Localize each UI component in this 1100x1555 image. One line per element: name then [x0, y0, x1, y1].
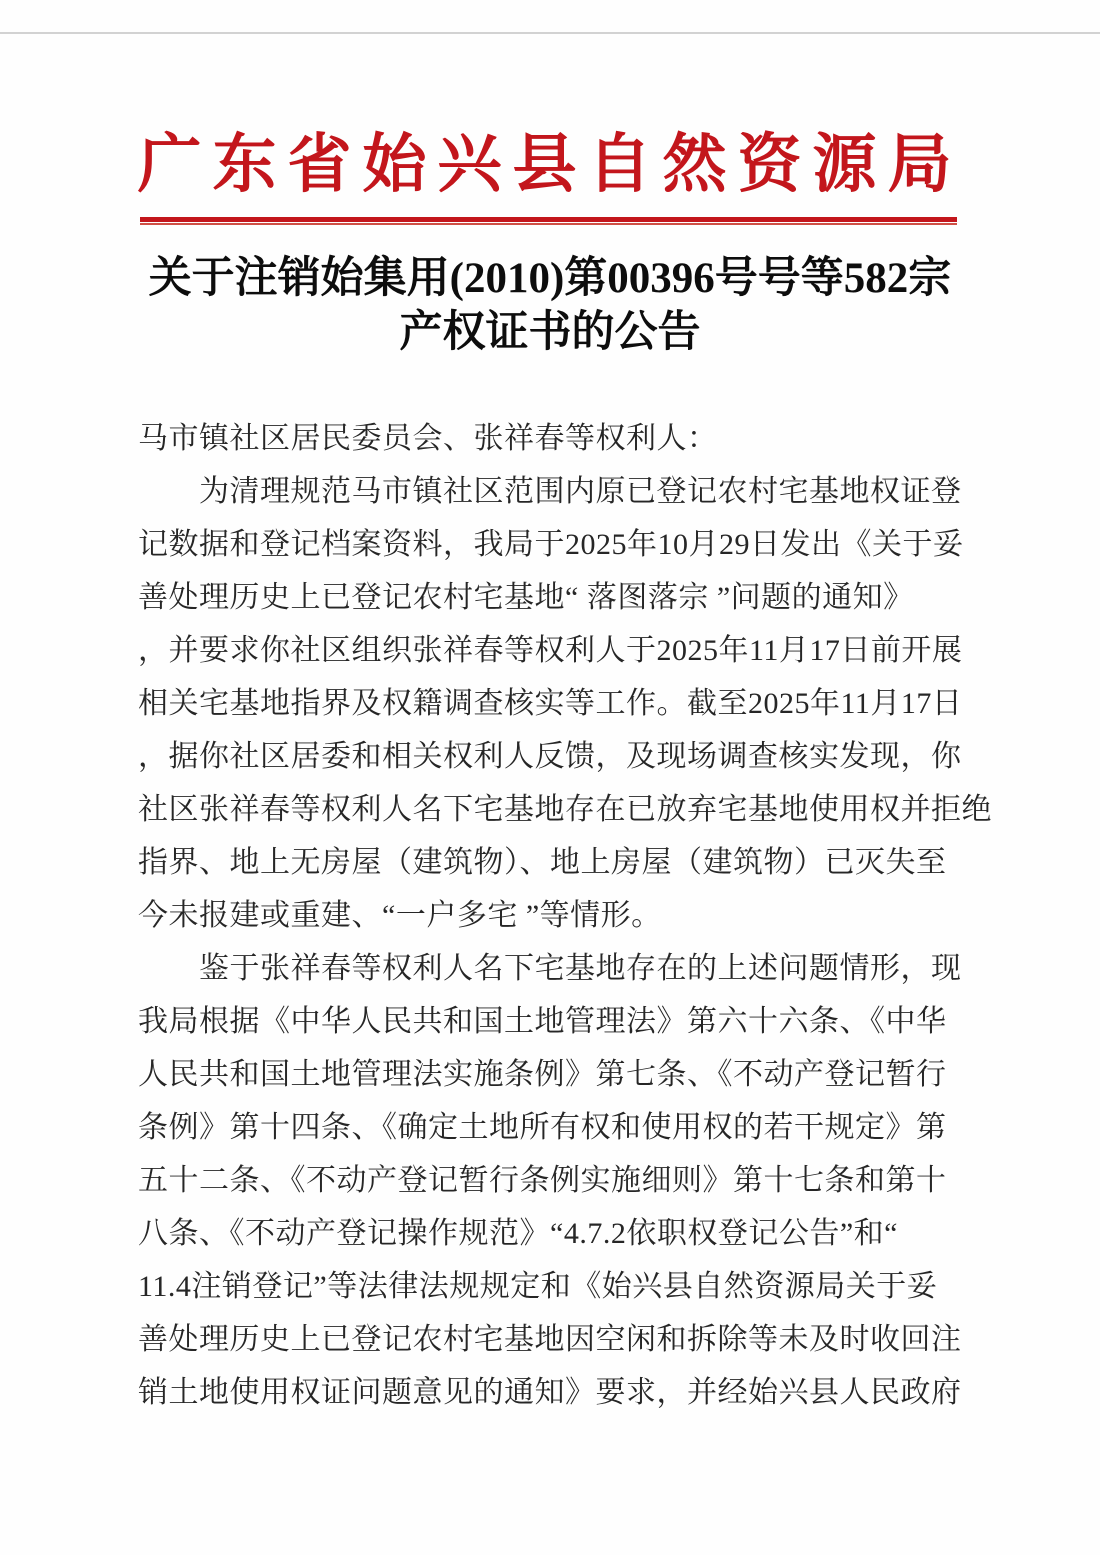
body-line: 11.4注销登记”等法律法规规定和《始兴县自然资源局关于妥: [138, 1260, 978, 1313]
document-title: 关于注销始集用(2010)第00396号号等582宗 产权证书的公告: [0, 252, 1100, 360]
document-body: 马市镇社区居民委员会、张祥春等权利人： 为清理规范马市镇社区范围内原已登记农村宅…: [138, 412, 978, 1419]
letterhead-divider-thick-bar: [140, 217, 957, 222]
body-line: 指界、地上无房屋（建筑物）、地上房屋（建筑物）已灭失至: [138, 836, 978, 889]
body-line: 销土地使用权证问题意见的通知》要求，并经始兴县人民政府: [138, 1366, 978, 1419]
document-title-line-2: 产权证书的公告: [0, 306, 1100, 360]
body-line: 为清理规范马市镇社区范围内原已登记农村宅基地权证登: [138, 465, 978, 518]
body-line: 八条、《不动产登记操作规范》“4.7.2依职权登记公告”和“: [138, 1207, 978, 1260]
letterhead-agency-title: 广东省始兴县自然资源局: [0, 126, 1100, 204]
body-line: 社区张祥春等权利人名下宅基地存在已放弃宅基地使用权并拒绝: [138, 783, 978, 836]
body-line: 记数据和登记档案资料，我局于2025年10月29日发出《关于妥: [138, 518, 978, 571]
letterhead-divider-thin-bar: [140, 223, 957, 225]
body-line: 五十二条、《不动产登记暂行条例实施细则》第十七条和第十: [138, 1154, 978, 1207]
document-title-line-1: 关于注销始集用(2010)第00396号号等582宗: [0, 252, 1100, 306]
scanned-announcement-page: 广东省始兴县自然资源局 关于注销始集用(2010)第00396号号等582宗 产…: [0, 0, 1100, 1555]
letterhead-divider: [140, 217, 957, 225]
salutation-line: 马市镇社区居民委员会、张祥春等权利人：: [138, 412, 978, 465]
scan-artifact-line: [0, 32, 1100, 34]
body-line: 鉴于张祥春等权利人名下宅基地存在的上述问题情形，现: [138, 942, 978, 995]
body-line: ，据你社区居委和相关权利人反馈，及现场调查核实发现，你: [138, 730, 978, 783]
body-line: 今未报建或重建、“一户多宅 ”等情形。: [138, 889, 978, 942]
body-line: 善处理历史上已登记农村宅基地“ 落图落宗 ”问题的通知》: [138, 571, 978, 624]
body-line: 人民共和国土地管理法实施条例》第七条、《不动产登记暂行: [138, 1048, 978, 1101]
body-line: ，并要求你社区组织张祥春等权利人于2025年11月17日前开展: [138, 624, 978, 677]
body-line: 条例》第十四条、《确定土地所有权和使用权的若干规定》第: [138, 1101, 978, 1154]
body-line: 我局根据《中华人民共和国土地管理法》第六十六条、《中华: [138, 995, 978, 1048]
body-line: 善处理历史上已登记农村宅基地因空闲和拆除等未及时收回注: [138, 1313, 978, 1366]
body-line: 相关宅基地指界及权籍调查核实等工作。截至2025年11月17日: [138, 677, 978, 730]
